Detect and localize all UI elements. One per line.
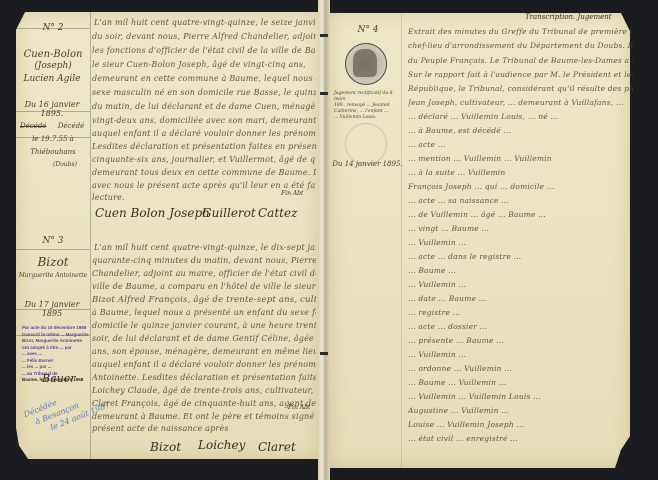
body-line: demeurant tous deux en cette commune de … [92,168,316,177]
initial-mark: Fin Abt [281,190,303,197]
body-line: demeurant en cette commune à Baume, lequ… [92,74,316,83]
binding-ring [320,34,328,37]
body-line: ... acte ... [408,140,633,149]
signature: Loichey [198,438,245,452]
body-line: du matin, de lui déclarant et de dame Cu… [92,102,316,111]
entry-child-name: Lucien Agile [15,74,89,84]
entry-date: Du 16 janvier 1895. [15,100,89,118]
body-line: quarante-cinq minutes du matin, devant n… [92,256,316,265]
entry-date: Du 14 janvier 1895. [330,160,405,168]
margin-rule [401,13,402,468]
body-line: Bizot Alfred François, âgé de trente-sep… [92,295,316,305]
death-annotation-line: Décédé [56,122,86,130]
death-annotation-line: (Doubs) [40,161,90,168]
body-line: L'an mil huit cent quatre-vingt-quinze, … [94,243,316,252]
entry-surname: Cuen-Bolon [17,49,89,60]
body-line: Extrait des minutes du Greffe du Tribuna… [408,27,633,36]
body-line: ... état civil ... enregistré ... [408,434,628,443]
note-line: Jugement rectificatif du 8 mars [334,91,404,103]
entry-child-name: Marguerite Antoinette [15,272,91,279]
body-line: les fonctions d'officier de l'état civil… [92,46,316,55]
body-line: ... date ... Baume ... [408,294,633,303]
signature: Claret [258,440,296,454]
signature: Bizot [150,440,181,454]
body-line: ... Baume ... Vuillemin ... [408,378,633,387]
body-line: Louise ... Vuillemin Joseph ... [408,420,633,429]
body-line: François Joseph ... qui ... domicile ... [408,182,633,191]
body-line: L'an mil huit cent quatre-vingt-quinze, … [94,18,316,27]
faint-seal-icon [345,123,387,165]
body-line: ... Vuillemin ... [408,280,633,289]
body-line: à Baume, lequel nous a présenté un enfan… [92,308,316,317]
body-line: ... acte ... dossier ... [408,322,633,331]
body-line: ... de Vuillemin ... âgé ... Baume ... [408,210,633,219]
entry-number: N° 2 [18,23,88,33]
initial-mark: Fin Abt [288,404,310,411]
entry-number: N° 4 [348,25,388,35]
header-note: Transcription. Jugement [525,13,612,21]
entry-surname: Bizot [17,255,89,269]
body-line: du Peuple Français. Le Tribunal de Baume… [408,56,633,65]
republique-seal-icon [345,43,387,85]
body-line: ... déclaré ... Vuillemin Louis, ... né … [408,112,633,121]
body-line: vingt-deux ans, domiciliée avec son mari… [92,116,316,125]
binding-ring [320,92,328,95]
stamp-line: Par acte du 10 décembre 1968 [22,325,97,332]
body-line: Claret François, âgé de cinquante-huit a… [92,399,316,408]
body-line: ... registre ... [408,308,633,317]
entry-date: Du 17 janvier 1895 [15,300,89,318]
body-line: demeurant à Baume. Et ont le père et tém… [92,412,316,421]
body-line: ... Baume ... [408,266,633,275]
body-line: sexe masculin né en son domicile rue Bas… [92,88,316,97]
signature: Guillerot [202,206,256,220]
body-line: ... Vuillemin ... [408,350,633,359]
body-line: cinquante-six ans, journalier, et Vuille… [92,155,316,164]
margin-divider [16,249,90,250]
body-line: ... ordonne ... Vuillemin ... [408,364,633,373]
body-line: ... à Baume, est décédé ... [408,126,633,135]
body-line: auquel enfant il a déclaré vouloir donne… [92,129,316,138]
body-line: le sieur Cuen-Bolon Joseph, âgé de vingt… [92,60,316,69]
body-line: du soir, devant nous, Pierre Alfred Chan… [92,32,316,41]
body-line: Chandelier, adjoint au maire, officier d… [92,269,316,278]
body-line: ... mention ... Vuillemin ... Vuillemin [408,154,633,163]
death-annotation-line: le 19.7.55 à [18,135,88,143]
body-line: lecture. [92,193,152,202]
body-line: Lesdites déclaration et présentation fai… [92,142,316,151]
death-annotation-line: Thiébouhans [18,148,88,156]
body-line: Sur le rapport fait à l'audience par M. … [408,70,633,79]
body-line: ... à la suite ... Vuillemin [408,168,633,177]
body-line: ... Vuillemin ... Vuillemin Louis ... [408,392,633,401]
body-line: ... Vuillemin ... [408,238,633,247]
stamp-signature: Bauer [42,372,76,385]
note-line: ... Vuillemin Louis. [334,115,404,121]
body-line: Antoinette. Lesdites déclaration et prés… [92,373,316,382]
body-line: Augustine ... Vuillemin ... [408,406,633,415]
signature: Cuen Bolon Joseph [95,206,210,220]
body-line: avec nous le présent acte après qu'il le… [92,181,316,190]
body-line: ... acte ... dans le registre ... [408,252,633,261]
body-line: soir, de lui déclarant et de dame Gentif… [92,334,316,343]
body-line: République, le Tribunal, considérant qu'… [408,84,633,93]
body-line: ans, son épouse, ménagère, demeurant en … [92,347,316,356]
entry-firstname: (Joseph) [17,61,89,71]
body-line: auquel enfant il a déclaré vouloir donne… [92,360,316,369]
body-line: ... acte ... sa naissance ... [408,196,633,205]
entry-number: N° 3 [18,236,88,246]
body-line: présent acte de naissance après lecture … [92,424,232,433]
body-line: ... présente ... Baume ... [408,336,633,345]
signature: Cattez [258,206,297,220]
binding-ring [320,352,328,355]
book-spine [318,0,330,480]
body-line: Jean Joseph, cultivateur, ... demeurant … [408,98,633,107]
struck-word: Décédé [20,122,46,130]
body-line: domicile le quinze janvier courant, à un… [92,321,316,330]
margin-note: Jugement rectificatif du 8 mars 189.. re… [334,91,404,121]
body-line: ville de Baume, a comparu en l'hôtel de … [92,282,316,291]
body-line: Loichey Claude, âgé de trente-trois ans,… [92,386,316,395]
body-line: ... vingt ... Baume ... [408,224,633,233]
body-line: chef-lieu d'arrondissement du Départemen… [408,41,633,50]
